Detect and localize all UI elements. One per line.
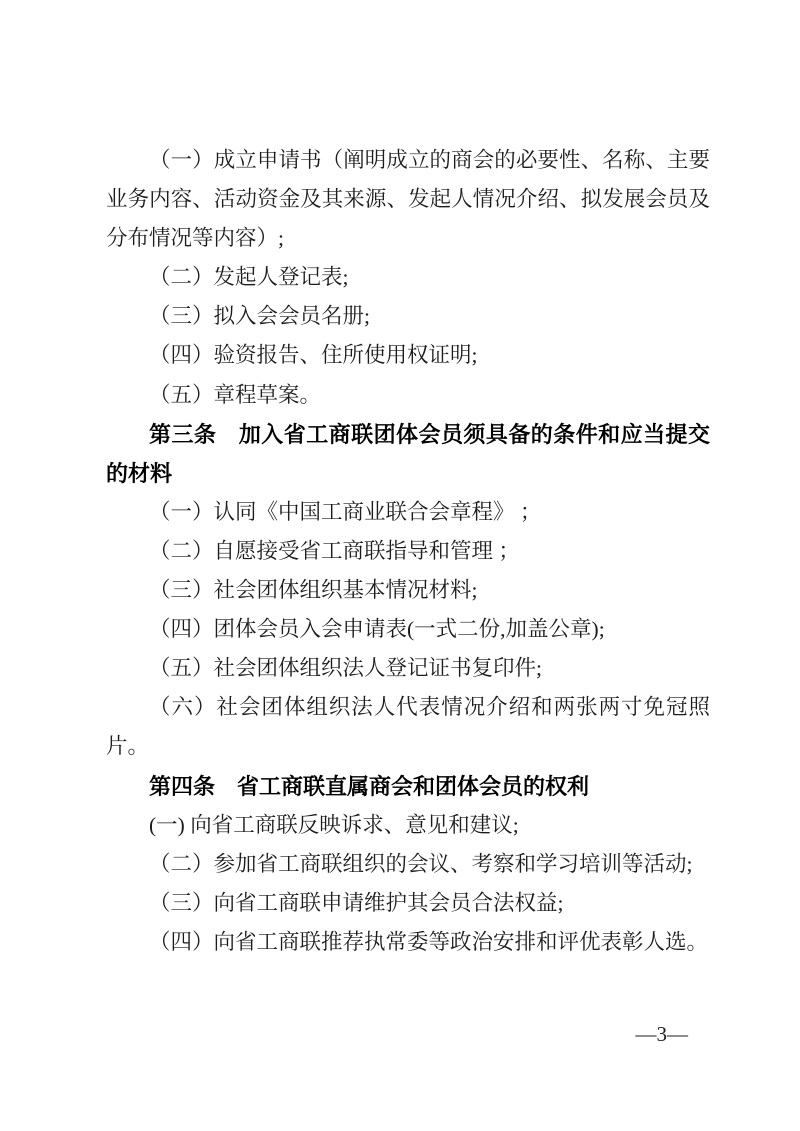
article-3-item-1: （一）认同《中国工商业联合会章程》 ； [106, 493, 710, 532]
clause-item-3: （三）拟入会会员名册; [106, 297, 710, 336]
clause-item-5: （五）章程草案。 [106, 376, 710, 415]
article-4-item-3: （三）向省工商联申请维护其会员合法权益; [106, 884, 710, 923]
article-4-item-1: (一) 向省工商联反映诉求、意见和建议; [106, 806, 710, 845]
article-4-item-2: （二）参加省工商联组织的会议、考察和学习培训等活动; [106, 845, 710, 884]
clause-item-2: （二）发起人登记表; [106, 258, 710, 297]
document-page: （一）成立申请书（阐明成立的商会的必要性、名称、主要业务内容、活动资金及其来源、… [0, 0, 800, 1131]
article-3-item-2: （二）自愿接受省工商联指导和管理 ； [106, 532, 710, 571]
article-3-item-6: （六）社会团体组织法人代表情况介绍和两张两寸免冠照片。 [106, 688, 710, 766]
article-3-item-5: （五）社会团体组织法人登记证书复印件; [106, 649, 710, 688]
article-3-heading: 第三条 加入省工商联团体会员须具备的条件和应当提交的材料 [106, 415, 710, 493]
article-4-heading: 第四条 省工商联直属商会和团体会员的权利 [106, 767, 710, 806]
article-3-item-4: （四）团体会员入会申请表(一式二份,加盖公章); [106, 610, 710, 649]
page-number: —3— [636, 1019, 689, 1049]
article-3-item-3: （三）社会团体组织基本情况材料; [106, 571, 710, 610]
document-body: （一）成立申请书（阐明成立的商会的必要性、名称、主要业务内容、活动资金及其来源、… [106, 141, 710, 962]
article-4-item-4: （四）向省工商联推荐执常委等政治安排和评优表彰人选。 [106, 923, 710, 962]
clause-item-1: （一）成立申请书（阐明成立的商会的必要性、名称、主要业务内容、活动资金及其来源、… [106, 141, 710, 258]
clause-item-4: （四）验资报告、住所使用权证明; [106, 336, 710, 375]
